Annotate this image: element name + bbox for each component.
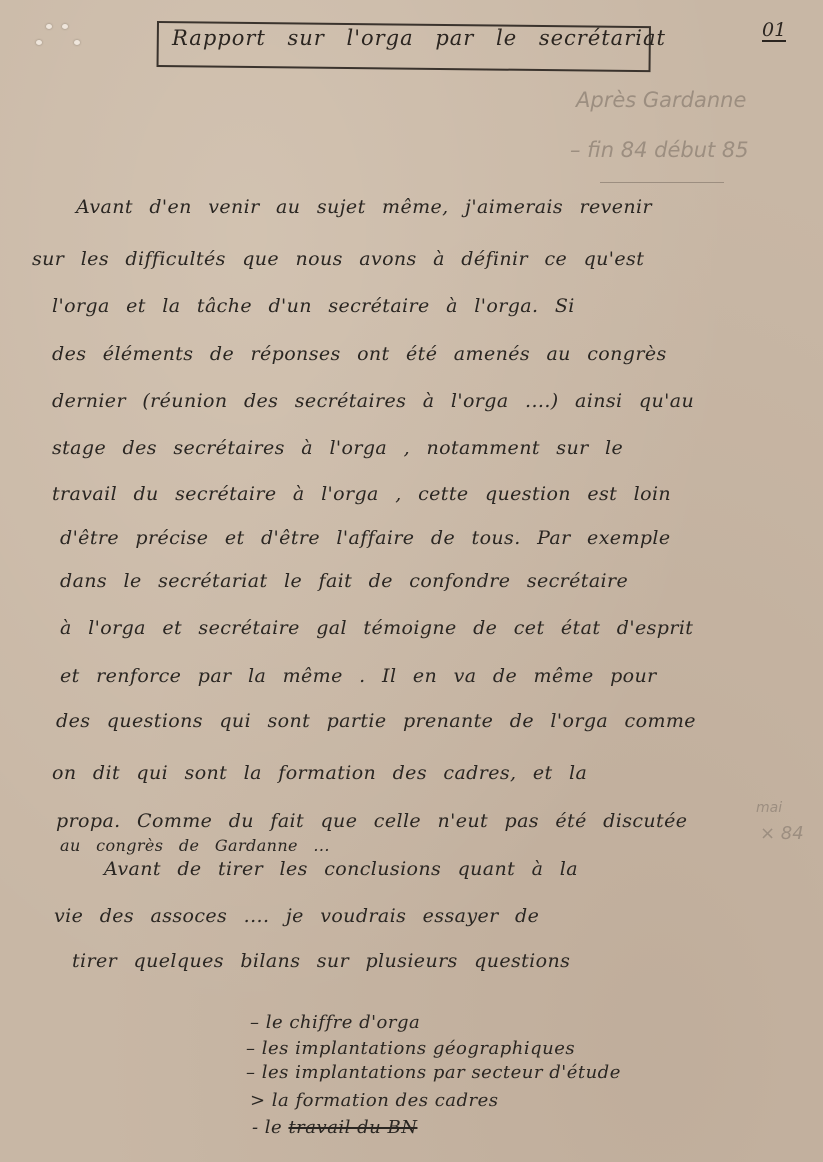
bullet-item: - le travail du BN (252, 1117, 417, 1138)
bullet-item: – les implantations géographiques (246, 1038, 575, 1059)
text-line: Avant de tirer les conclusions quant à l… (104, 858, 578, 880)
text-line: tirer quelques bilans sur plusieurs ques… (72, 950, 570, 972)
scanned-page: Rapport sur l'orga par le secrétariat 01… (0, 0, 823, 1162)
bullet-text: - le (252, 1117, 282, 1138)
text-line: propa. Comme du fait que celle n'eut pas… (56, 810, 687, 832)
pencil-annotation-line2: – fin 84 début 85 (570, 138, 749, 162)
punch-holes (28, 24, 88, 64)
punch-hole (62, 24, 68, 29)
text-line: vie des assoces .... je voudrais essayer… (54, 905, 539, 927)
text-line: sur les difficultés que nous avons à déf… (32, 248, 644, 270)
text-line: dans le secrétariat le fait de confondre… (60, 570, 628, 592)
text-line: des questions qui sont partie prenante d… (56, 710, 696, 732)
margin-annotation-line1: mai (756, 800, 782, 816)
margin-annotation-line2: × 84 (760, 823, 804, 844)
text-line: et renforce par la même . Il en va de mê… (60, 665, 657, 687)
pencil-underline (600, 182, 724, 183)
punch-hole (46, 24, 52, 29)
pencil-annotation-line1: Après Gardanne (576, 88, 746, 112)
text-line: stage des secrétaires à l'orga , notamme… (52, 437, 623, 459)
text-line: l'orga et la tâche d'un secrétaire à l'o… (52, 295, 575, 317)
page-number: 01 (762, 20, 786, 42)
bullet-item: – le chiffre d'orga (250, 1012, 420, 1033)
document-title: Rapport sur l'orga par le secrétariat (172, 26, 666, 50)
text-line: d'être précise et d'être l'affaire de to… (60, 527, 671, 549)
text-line: on dit qui sont la formation des cadres,… (52, 762, 587, 784)
punch-hole (74, 40, 80, 45)
struck-text: travail du BN (288, 1117, 417, 1138)
bullet-item: > la formation des cadres (250, 1090, 499, 1111)
text-line: à l'orga et secrétaire gal témoigne de c… (60, 617, 693, 639)
text-line: au congrès de Gardanne ... (60, 836, 330, 855)
bullet-item: – les implantations par secteur d'étude (246, 1062, 621, 1083)
text-line: travail du secrétaire à l'orga , cette q… (52, 483, 671, 505)
text-line: des éléments de réponses ont été amenés … (52, 343, 667, 365)
text-line: dernier (réunion des secrétaires à l'org… (52, 390, 694, 412)
punch-hole (36, 40, 42, 45)
text-line: Avant d'en venir au sujet même, j'aimera… (76, 196, 652, 218)
